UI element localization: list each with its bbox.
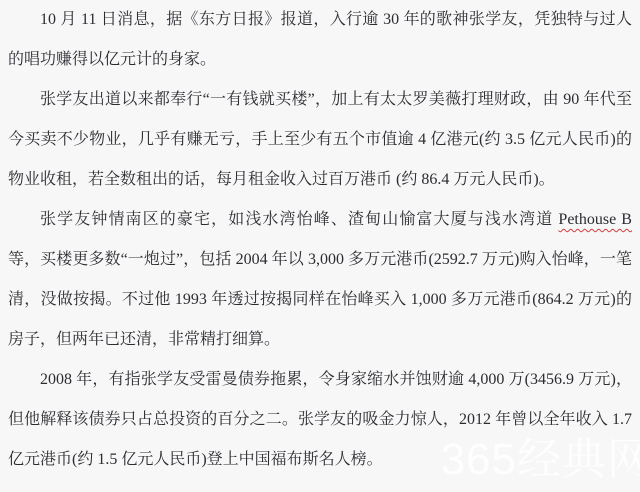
paragraph-intro: 10 月 11 日消息，据《东方日报》报道，入行逾 30 年的歌神张学友，凭独特… xyxy=(8,0,632,80)
paragraph-mansions: 张学友钟情南区的豪宅，如浅水湾怡峰、渣甸山愉富大厦与浅水湾道 Pethouse … xyxy=(8,200,632,360)
paragraph-text: 2008 年，有指张学友受雷曼债券拖累，令身家缩水并蚀财逾 4,000 万(34… xyxy=(8,371,632,468)
paragraph-property-policy: 张学友出道以来都奉行“一有钱就买楼”，加上有太太罗美薇打理财政，由 90 年代至… xyxy=(8,80,632,200)
article-text-block: 10 月 11 日消息，据《东方日报》报道，入行逾 30 年的歌神张学友，凭独特… xyxy=(0,0,640,480)
document-page: 10 月 11 日消息，据《东方日报》报道，入行逾 30 年的歌神张学友，凭独特… xyxy=(0,0,640,492)
spellcheck-underlined-text: Pethouse B xyxy=(558,211,632,228)
paragraph-text: 张学友出道以来都奉行“一有钱就买楼”，加上有太太罗美薇打理财政，由 90 年代至… xyxy=(8,91,632,188)
paragraph-lehman: 2008 年，有指张学友受雷曼债券拖累，令身家缩水并蚀财逾 4,000 万(34… xyxy=(8,360,632,480)
paragraph-text: 张学友钟情南区的豪宅，如浅水湾怡峰、渣甸山愉富大厦与浅水湾道 xyxy=(40,211,558,228)
paragraph-text: 10 月 11 日消息，据《东方日报》报道，入行逾 30 年的歌神张学友，凭独特… xyxy=(8,11,632,68)
paragraph-text: 等，买楼更多数“一炮过”，包括 2004 年以 3,000 多万元港币(2592… xyxy=(8,251,632,348)
